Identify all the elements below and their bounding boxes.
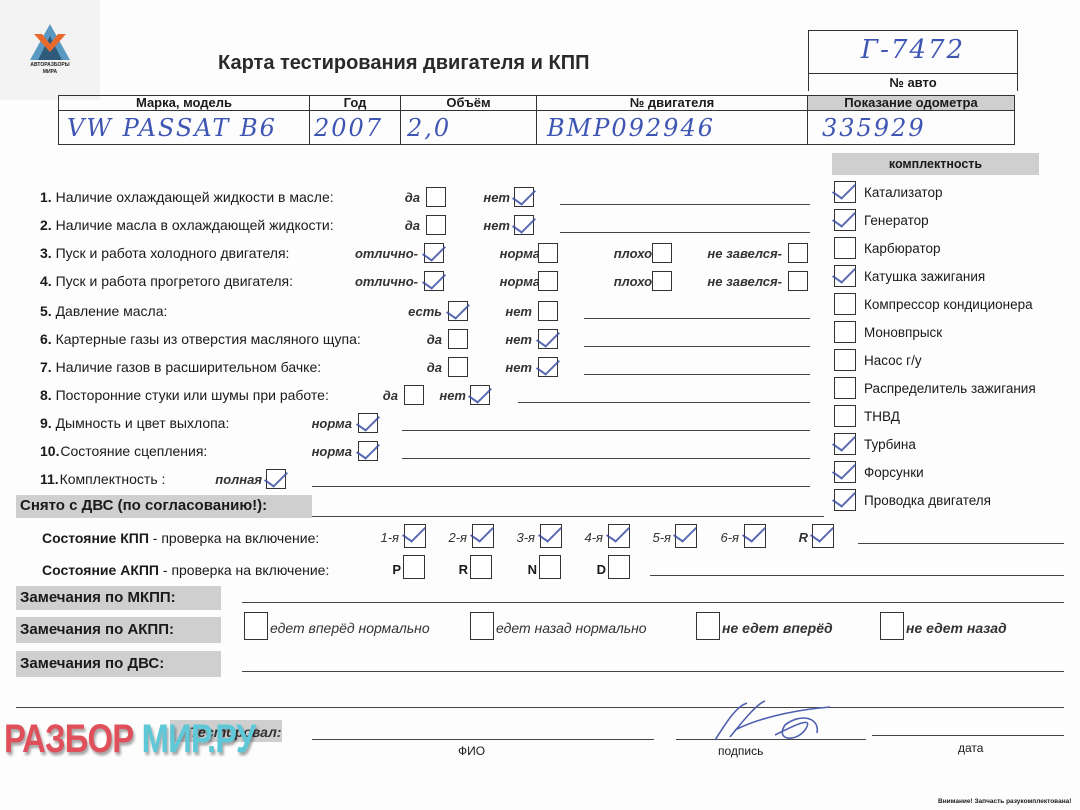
- option-label: нет: [483, 218, 510, 233]
- brand-watermark: РАЗБОР МИР.РУ: [4, 717, 255, 762]
- gear-label: 2-я: [448, 530, 467, 545]
- kit-checkbox[interactable]: [834, 237, 856, 259]
- gear-label: R: [799, 530, 808, 545]
- auto-number-value: Г-7472: [809, 35, 1017, 65]
- kit-item-label: Моновпрыск: [864, 325, 942, 340]
- checkbox[interactable]: [448, 329, 468, 349]
- checkbox[interactable]: [404, 385, 424, 405]
- remarks-mkpp-label: Замечания по МКПП:: [20, 589, 176, 606]
- item-number: 5.: [40, 303, 52, 319]
- gear-checkbox[interactable]: [675, 524, 697, 548]
- kit-checkbox[interactable]: [834, 461, 856, 483]
- option-label: да: [405, 190, 420, 205]
- checklist-item-1: 1. Наличие охлаждающей жидкости в масле:: [40, 189, 334, 205]
- item-number: 9.: [40, 415, 52, 431]
- volume-value[interactable]: 2,0: [401, 111, 537, 145]
- checkbox[interactable]: [538, 357, 558, 377]
- remarks-dvs-label: Замечания по ДВС:: [20, 655, 164, 672]
- vehicle-info-table: Марка, модель Год Объём № двигателя Пока…: [58, 95, 1015, 145]
- item-number: 4.: [40, 273, 52, 289]
- kit-checkbox[interactable]: [834, 405, 856, 427]
- gear-label: 5-я: [652, 530, 671, 545]
- footer-divider: [16, 707, 1064, 708]
- checklist-item-8: 8. Посторонние стуки или шумы при работе…: [40, 387, 329, 403]
- option-label: полная: [215, 472, 262, 487]
- removed-label: Снято с ДВС (по согласованию!):: [20, 497, 267, 514]
- notes-line[interactable]: [584, 318, 810, 319]
- disassembled-notice: Внимание! Запчасть разукомплектована!: [938, 798, 1071, 805]
- checkbox[interactable]: [538, 329, 558, 349]
- kit-item-label: Катушка зажигания: [864, 269, 985, 284]
- remarks-dvs-line[interactable]: [242, 671, 1064, 672]
- engine-number-value[interactable]: BMP092946: [537, 111, 808, 145]
- option-label: норма: [312, 416, 352, 431]
- gear-checkbox[interactable]: [812, 524, 834, 548]
- akpp-remark-checkbox[interactable]: [880, 612, 904, 640]
- checklist-item-4: 4. Пуск и работа прогретого двигателя:: [40, 273, 293, 289]
- kit-checkbox[interactable]: [834, 349, 856, 371]
- kit-item-label: ТНВД: [864, 409, 900, 424]
- notes-line[interactable]: [560, 232, 810, 233]
- checkbox[interactable]: [358, 441, 378, 461]
- checkbox[interactable]: [538, 243, 558, 263]
- kit-title: комплектность: [832, 157, 1039, 171]
- checkbox[interactable]: [448, 301, 468, 321]
- akpp-remark-checkbox[interactable]: [470, 612, 494, 640]
- akpp-remark-label: не едет назад: [906, 620, 1007, 636]
- kit-item-label: Карбюратор: [864, 241, 941, 256]
- checklist-item-3: 3. Пуск и работа холодного двигателя:: [40, 245, 289, 261]
- option-label: да: [427, 360, 442, 375]
- item-number: 11.: [40, 471, 59, 487]
- mode-label: P: [392, 562, 401, 577]
- checkbox[interactable]: [424, 271, 444, 291]
- item-label: Наличие газов в расширительном бачке:: [56, 359, 322, 375]
- signature-label: подпись: [718, 744, 763, 758]
- checkbox[interactable]: [470, 385, 490, 405]
- kit-item-label: Проводка двигателя: [864, 493, 991, 508]
- akpp-remark-label: не едет вперёд: [722, 620, 833, 636]
- item-label: Пуск и работа прогретого двигателя:: [56, 273, 293, 289]
- mode-checkbox[interactable]: [470, 555, 492, 579]
- item-label: Пуск и работа холодного двигателя:: [56, 245, 290, 261]
- gear-checkbox[interactable]: [472, 524, 494, 548]
- col-volume: Объём: [401, 96, 537, 111]
- kit-item-label: Катализатор: [864, 185, 942, 200]
- option-label: нет: [483, 190, 510, 205]
- kit-item-label: Распределитель зажигания: [864, 381, 1036, 396]
- akpp-notes-line[interactable]: [650, 575, 1064, 576]
- col-year: Год: [310, 96, 401, 111]
- item-number: 6.: [40, 331, 52, 347]
- option-label: не завелся-: [707, 246, 782, 261]
- page-title: Карта тестирования двигателя и КПП: [218, 52, 589, 75]
- kit-item-label: Компрессор кондиционера: [864, 297, 1033, 312]
- kit-item-label: Насос г/у: [864, 353, 922, 368]
- checkbox[interactable]: [788, 243, 808, 263]
- mode-label: R: [459, 562, 468, 577]
- make-model-value[interactable]: VW PASSAT B6: [59, 111, 310, 145]
- removed-input-line[interactable]: [312, 516, 824, 517]
- item-number: 3.: [40, 245, 52, 261]
- gear-checkbox[interactable]: [540, 524, 562, 548]
- item-number: 1.: [40, 189, 52, 205]
- kit-checkbox[interactable]: [834, 377, 856, 399]
- checkbox[interactable]: [424, 243, 444, 263]
- checkbox[interactable]: [426, 215, 446, 235]
- checklist-item-9: 9. Дымность и цвет выхлопа:: [40, 415, 229, 431]
- checkbox[interactable]: [358, 413, 378, 433]
- kit-item-label: Генератор: [864, 213, 929, 228]
- item-number: 10.: [40, 443, 59, 459]
- option-label: отлично-: [355, 246, 418, 261]
- gear-checkbox[interactable]: [744, 524, 766, 548]
- item-label: Комплектность :: [60, 471, 166, 487]
- gear-label: 4-я: [584, 530, 603, 545]
- gear-checkbox[interactable]: [608, 524, 630, 548]
- checklist-item-6: 6. Картерные газы из отверстия масляного…: [40, 331, 361, 347]
- akpp-remark-checkbox[interactable]: [696, 612, 720, 640]
- notes-line[interactable]: [584, 346, 810, 347]
- checkbox[interactable]: [538, 271, 558, 291]
- item-label: Наличие охлаждающей жидкости в масле:: [56, 189, 334, 205]
- checklist-item-11: 11. Комплектность :: [40, 471, 165, 487]
- col-make-model: Марка, модель: [59, 96, 310, 111]
- option-label: нет: [505, 360, 532, 375]
- item-number: 8.: [40, 387, 52, 403]
- year-value[interactable]: 2007: [310, 111, 401, 145]
- logo-text: АВТОРАЗБОРЫМИРА: [20, 62, 80, 76]
- notes-line[interactable]: [560, 204, 810, 205]
- checkbox[interactable]: [538, 301, 558, 321]
- kit-item-label: Турбина: [864, 437, 916, 452]
- logo-mountain-icon: [28, 22, 72, 62]
- mode-checkbox[interactable]: [608, 555, 630, 579]
- kit-checkbox[interactable]: [834, 433, 856, 455]
- kit-checkbox[interactable]: [834, 181, 856, 203]
- checkbox[interactable]: [788, 271, 808, 291]
- odometer-value[interactable]: 335929: [808, 111, 1015, 145]
- col-engine-number: № двигателя: [537, 96, 808, 111]
- date-label: дата: [958, 741, 983, 755]
- gear-label: 1-я: [380, 530, 399, 545]
- mode-label: D: [597, 562, 606, 577]
- notes-line[interactable]: [402, 430, 810, 431]
- option-label: да: [405, 218, 420, 233]
- option-label: нет: [505, 332, 532, 347]
- notes-line[interactable]: [312, 486, 810, 487]
- kit-checkbox[interactable]: [834, 293, 856, 315]
- checkbox[interactable]: [514, 215, 534, 235]
- date-line[interactable]: [872, 735, 1064, 736]
- kit-checkbox[interactable]: [834, 489, 856, 511]
- kpp-label: Состояние КПП - проверка на включение:: [42, 530, 319, 546]
- checkbox[interactable]: [514, 187, 534, 207]
- item-label: Картерные газы из отверстия масляного щу…: [56, 331, 361, 347]
- col-odometer: Показание одометра: [808, 96, 1015, 111]
- checklist-item-5: 5. Давление масла:: [40, 303, 167, 319]
- gear-label: 6-я: [720, 530, 739, 545]
- akpp-label: Состояние АКПП - проверка на включение:: [42, 562, 329, 578]
- mode-checkbox[interactable]: [539, 555, 561, 579]
- kit-checkbox[interactable]: [834, 209, 856, 231]
- checklist-item-7: 7. Наличие газов в расширительном бачке:: [40, 359, 321, 375]
- akpp-remark-label: едет назад нормально: [496, 620, 647, 636]
- option-label: есть: [408, 304, 442, 319]
- akpp-remark-label: едет вперёд нормально: [270, 620, 430, 636]
- item-label: Посторонние стуки или шумы при работе:: [56, 387, 329, 403]
- item-label: Состояние сцепления:: [60, 443, 207, 459]
- auto-number-label: № авто: [808, 73, 1018, 91]
- notes-line[interactable]: [584, 374, 810, 375]
- item-label: Давление масла:: [56, 303, 168, 319]
- mode-label: N: [528, 562, 537, 577]
- remarks-akpp-label: Замечания по АКПП:: [20, 621, 174, 638]
- mode-checkbox[interactable]: [403, 555, 425, 579]
- fio-line[interactable]: [312, 739, 654, 740]
- signature-scribble: [705, 695, 835, 750]
- checkbox[interactable]: [652, 271, 672, 291]
- option-label: нет: [505, 304, 532, 319]
- kpp-notes-line[interactable]: [858, 543, 1064, 544]
- checkbox[interactable]: [448, 357, 468, 377]
- item-label: Дымность и цвет выхлопа:: [56, 415, 230, 431]
- notes-line[interactable]: [402, 458, 810, 459]
- item-label: Наличие масла в охлаждающей жидкости:: [56, 217, 334, 233]
- item-number: 2.: [40, 217, 52, 233]
- kit-checkbox[interactable]: [834, 321, 856, 343]
- kit-item-label: Форсунки: [864, 465, 924, 480]
- option-label: да: [427, 332, 442, 347]
- company-logo: АВТОРАЗБОРЫМИРА: [0, 0, 100, 100]
- option-label: норма: [312, 444, 352, 459]
- gear-label: 3-я: [516, 530, 535, 545]
- remarks-mkpp-line[interactable]: [242, 602, 1064, 603]
- auto-number-field[interactable]: Г-7472: [808, 30, 1018, 73]
- gear-checkbox[interactable]: [404, 524, 426, 548]
- kit-checkbox[interactable]: [834, 265, 856, 287]
- checkbox[interactable]: [652, 243, 672, 263]
- fio-label: ФИО: [458, 744, 485, 758]
- option-label: нет: [439, 388, 466, 403]
- checklist-item-2: 2. Наличие масла в охлаждающей жидкости:: [40, 217, 334, 233]
- option-label: да: [383, 388, 398, 403]
- checklist-item-10: 10. Состояние сцепления:: [40, 443, 207, 459]
- checkbox[interactable]: [426, 187, 446, 207]
- akpp-remark-checkbox[interactable]: [244, 612, 268, 640]
- item-number: 7.: [40, 359, 52, 375]
- checkbox[interactable]: [266, 469, 286, 489]
- option-label: отлично-: [355, 274, 418, 289]
- option-label: не завелся-: [707, 274, 782, 289]
- notes-line[interactable]: [518, 402, 810, 403]
